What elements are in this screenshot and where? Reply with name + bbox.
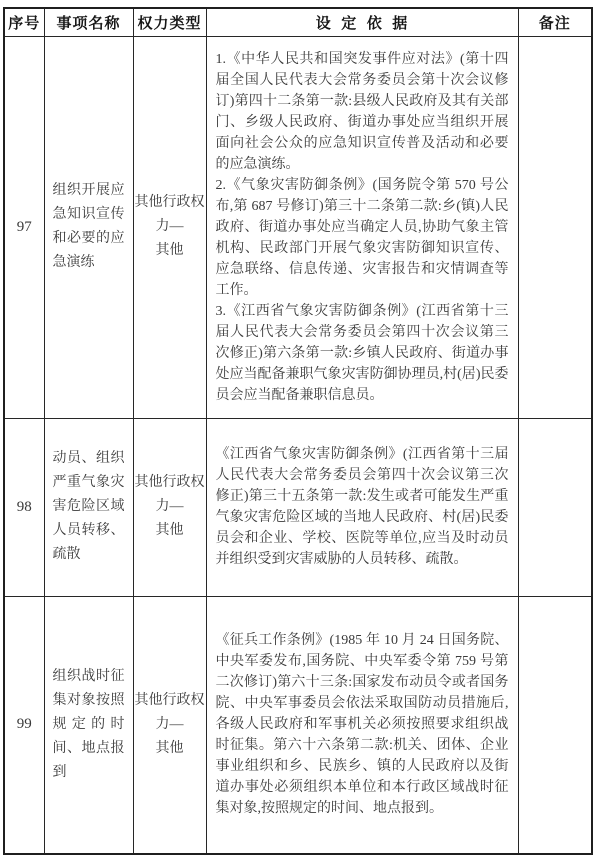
power-type-text: 其他行政权力— 其他 <box>134 471 206 543</box>
remark-cell <box>518 36 592 418</box>
item-name-text: 组织战时征集对象按照规定的时间、地点报到 <box>45 665 133 785</box>
table-row-99: 99 组织战时征集对象按照规定的时间、地点报到 其他行政权力— 其他 《征兵工作… <box>4 596 592 854</box>
power-list-table: 序号 事项名称 权力类型 设 定 依 据 备注 97 组织开展应急知识宣传和必要… <box>3 7 593 855</box>
power-type-text: 其他行政权力— 其他 <box>134 191 206 263</box>
setting-basis-text: 《江西省气象灾害防御条例》(江西省第十三届人民代表大会常务委员会第四十次会议第三… <box>207 442 518 572</box>
power-type-cell: 其他行政权力— 其他 <box>133 36 206 418</box>
power-type-text: 其他行政权力— 其他 <box>134 689 206 761</box>
power-type-cell: 其他行政权力— 其他 <box>133 596 206 854</box>
remark-cell <box>518 596 592 854</box>
item-name-cell: 动员、组织严重气象灾害危险区域人员转移、疏散 <box>44 418 133 596</box>
setting-basis-text: 《征兵工作条例》(1985 年 10 月 24 日国务院、中央军委发布,国务院、… <box>207 628 518 821</box>
item-name-text: 动员、组织严重气象灾害危险区域人员转移、疏散 <box>45 447 133 567</box>
table-row-98: 98 动员、组织严重气象灾害危险区域人员转移、疏散 其他行政权力— 其他 《江西… <box>4 418 592 596</box>
table-header-row: 序号 事项名称 权力类型 设 定 依 据 备注 <box>4 8 592 36</box>
header-serial-number: 序号 <box>4 8 44 36</box>
serial-number-cell: 97 <box>4 36 44 418</box>
serial-number-cell: 98 <box>4 418 44 596</box>
item-name-cell: 组织开展应急知识宣传和必要的应急演练 <box>44 36 133 418</box>
serial-number-cell: 99 <box>4 596 44 854</box>
power-type-cell: 其他行政权力— 其他 <box>133 418 206 596</box>
header-remark: 备注 <box>518 8 592 36</box>
header-setting-basis: 设 定 依 据 <box>206 8 518 36</box>
document-page: 序号 事项名称 权力类型 设 定 依 据 备注 97 组织开展应急知识宣传和必要… <box>0 0 596 856</box>
item-name-cell: 组织战时征集对象按照规定的时间、地点报到 <box>44 596 133 854</box>
remark-cell <box>518 418 592 596</box>
header-item-name: 事项名称 <box>44 8 133 36</box>
setting-basis-cell: 《江西省气象灾害防御条例》(江西省第十三届人民代表大会常务委员会第四十次会议第三… <box>206 418 518 596</box>
setting-basis-text: 1.《中华人民共和国突发事件应对法》(第十四届全国人民代表大会常务委员会第十次会… <box>207 47 518 408</box>
setting-basis-cell: 《征兵工作条例》(1985 年 10 月 24 日国务院、中央军委发布,国务院、… <box>206 596 518 854</box>
setting-basis-cell: 1.《中华人民共和国突发事件应对法》(第十四届全国人民代表大会常务委员会第十次会… <box>206 36 518 418</box>
item-name-text: 组织开展应急知识宣传和必要的应急演练 <box>45 179 133 275</box>
table-row-97: 97 组织开展应急知识宣传和必要的应急演练 其他行政权力— 其他 1.《中华人民… <box>4 36 592 418</box>
header-power-type: 权力类型 <box>133 8 206 36</box>
